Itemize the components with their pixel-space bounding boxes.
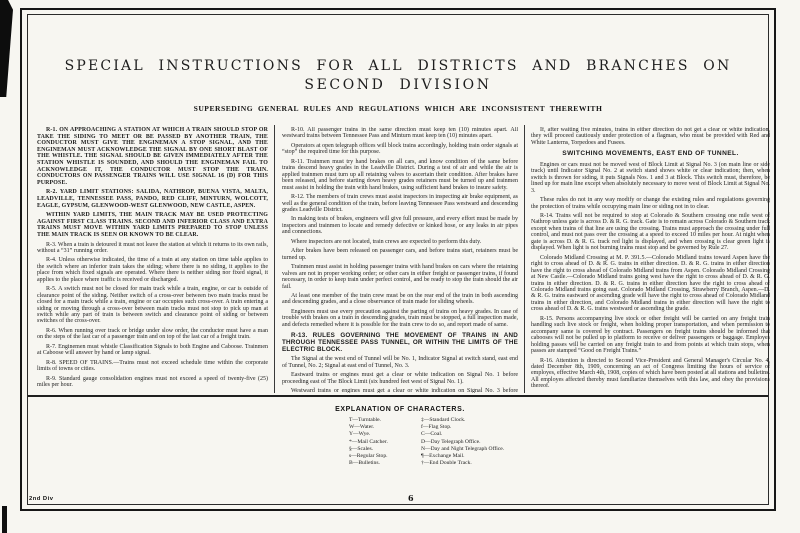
- rule-paragraph: If, after waiting five minutes, trains i…: [531, 127, 770, 146]
- rule-paragraph: Trainmen must assist in holding passenge…: [282, 264, 518, 290]
- rule-paragraph: R-3. When a train is detoured it must no…: [37, 242, 268, 255]
- column-divider-left: [274, 125, 275, 393]
- explanation-heading: EXPLANATION OF CHARACTERS.: [245, 406, 555, 413]
- column-right-rules: If, after waiting five minutes, trains i…: [531, 127, 770, 393]
- character-definition: N—Day and Night Telegraph Office.: [421, 446, 591, 453]
- rule-paragraph: Engineers must use every precaution agai…: [282, 309, 518, 328]
- rule-paragraph: At least one member of the train crew mu…: [282, 293, 518, 306]
- rule-paragraph: WITHIN YARD LIMITS, THE MAIN TRACK MAY B…: [37, 212, 268, 238]
- rule-paragraph: R-7. Enginemen must whistle Classificati…: [37, 344, 268, 357]
- character-definition: D—Day Telegraph Office.: [421, 439, 591, 446]
- rule-paragraph: R-2. YARD LIMIT STATIONS: SALIDA, NATHRO…: [37, 189, 268, 209]
- rule-paragraph: The Signal at the west end of Tunnel wil…: [282, 356, 518, 369]
- rule-paragraph: R-5. A switch must not be closed for mai…: [37, 286, 268, 325]
- character-definition: f—Flag Stop.: [421, 424, 591, 431]
- rule-paragraph: R-15. Persons accompanying live stock or…: [531, 316, 770, 355]
- rule-paragraph: In making tests of brakes, engineers wil…: [282, 216, 518, 235]
- page-title-line1: SPECIAL INSTRUCTIONS FOR ALL DISTRICTS A…: [40, 58, 756, 74]
- rule-paragraph: R-10. All passenger trains in the same d…: [282, 127, 518, 140]
- character-definition: C—Coal.: [421, 431, 591, 438]
- rule-paragraph: R-14. Trains will not be required to sto…: [531, 213, 770, 252]
- column-divider-right: [524, 125, 525, 393]
- rule-paragraph: R-4. Unless otherwise indicated, the tim…: [37, 257, 268, 283]
- rule-paragraph: Operators at open telegraph offices will…: [282, 143, 518, 156]
- explanation-right-column: ‡—Standard Clock.f—Flag Stop.C—Coal.D—Da…: [421, 417, 591, 467]
- column-left-rules: R-1. ON APPROACHING A STATION AT WHICH A…: [37, 127, 268, 393]
- book-spine-shadow-bottom: [2, 506, 7, 533]
- rule-paragraph: R-1. ON APPROACHING A STATION AT WHICH A…: [37, 127, 268, 186]
- page-number: 6: [408, 493, 414, 503]
- section-divider-rule: [28, 395, 768, 397]
- column-middle-rules: R-10. All passenger trains in the same d…: [282, 127, 518, 393]
- rule-paragraph: R-13. RULES GOVERNING THE MOVEMENT OF TR…: [282, 332, 518, 353]
- page-title-line2: SECOND DIVISION: [40, 77, 756, 93]
- rule-paragraph: R-6. When running over track or bridge u…: [37, 328, 268, 341]
- rule-paragraph: After brakes have been released on passe…: [282, 248, 518, 261]
- rule-paragraph: R-11. Trainmen must try hand brakes on a…: [282, 159, 518, 191]
- rule-paragraph: Engines or cars must not be moved west o…: [531, 162, 770, 194]
- scanned-page: SPECIAL INSTRUCTIONS FOR ALL DISTRICTS A…: [0, 0, 800, 533]
- rule-paragraph: R-12. The members of train crews must as…: [282, 194, 518, 213]
- rule-paragraph: Colorado Midland Crossing at M. P. 391.5…: [531, 255, 770, 313]
- rule-paragraph: R-16. Attention is directed to Second Vi…: [531, 358, 770, 390]
- footer-division-label: 2nd Div: [29, 496, 53, 502]
- rule-paragraph: R-8. SPEED OF TRAINS.—Trains must not ex…: [37, 360, 268, 373]
- rule-paragraph: Where inspectors are not located, train …: [282, 239, 518, 245]
- rule-paragraph: R-9. Standard gauge consolidation engine…: [37, 376, 268, 389]
- rule-paragraph: Westward trains or engines must get a cl…: [282, 388, 518, 393]
- rule-paragraph: Eastward trains or engines must get a cl…: [282, 372, 518, 385]
- book-spine-shadow: [0, 0, 13, 97]
- character-definition: †—End Double Track.: [421, 460, 591, 467]
- page-subtitle: SUPERSEDING GENERAL RULES AND REGULATION…: [40, 104, 756, 113]
- rule-paragraph: These rules do not in any way modify or …: [531, 197, 770, 210]
- rule-paragraph: SWITCHING MOVEMENTS, EAST END OF TUNNEL.: [531, 151, 770, 157]
- title-block: SPECIAL INSTRUCTIONS FOR ALL DISTRICTS A…: [40, 58, 756, 113]
- character-definition: ¶—Exchange Mail.: [421, 453, 591, 460]
